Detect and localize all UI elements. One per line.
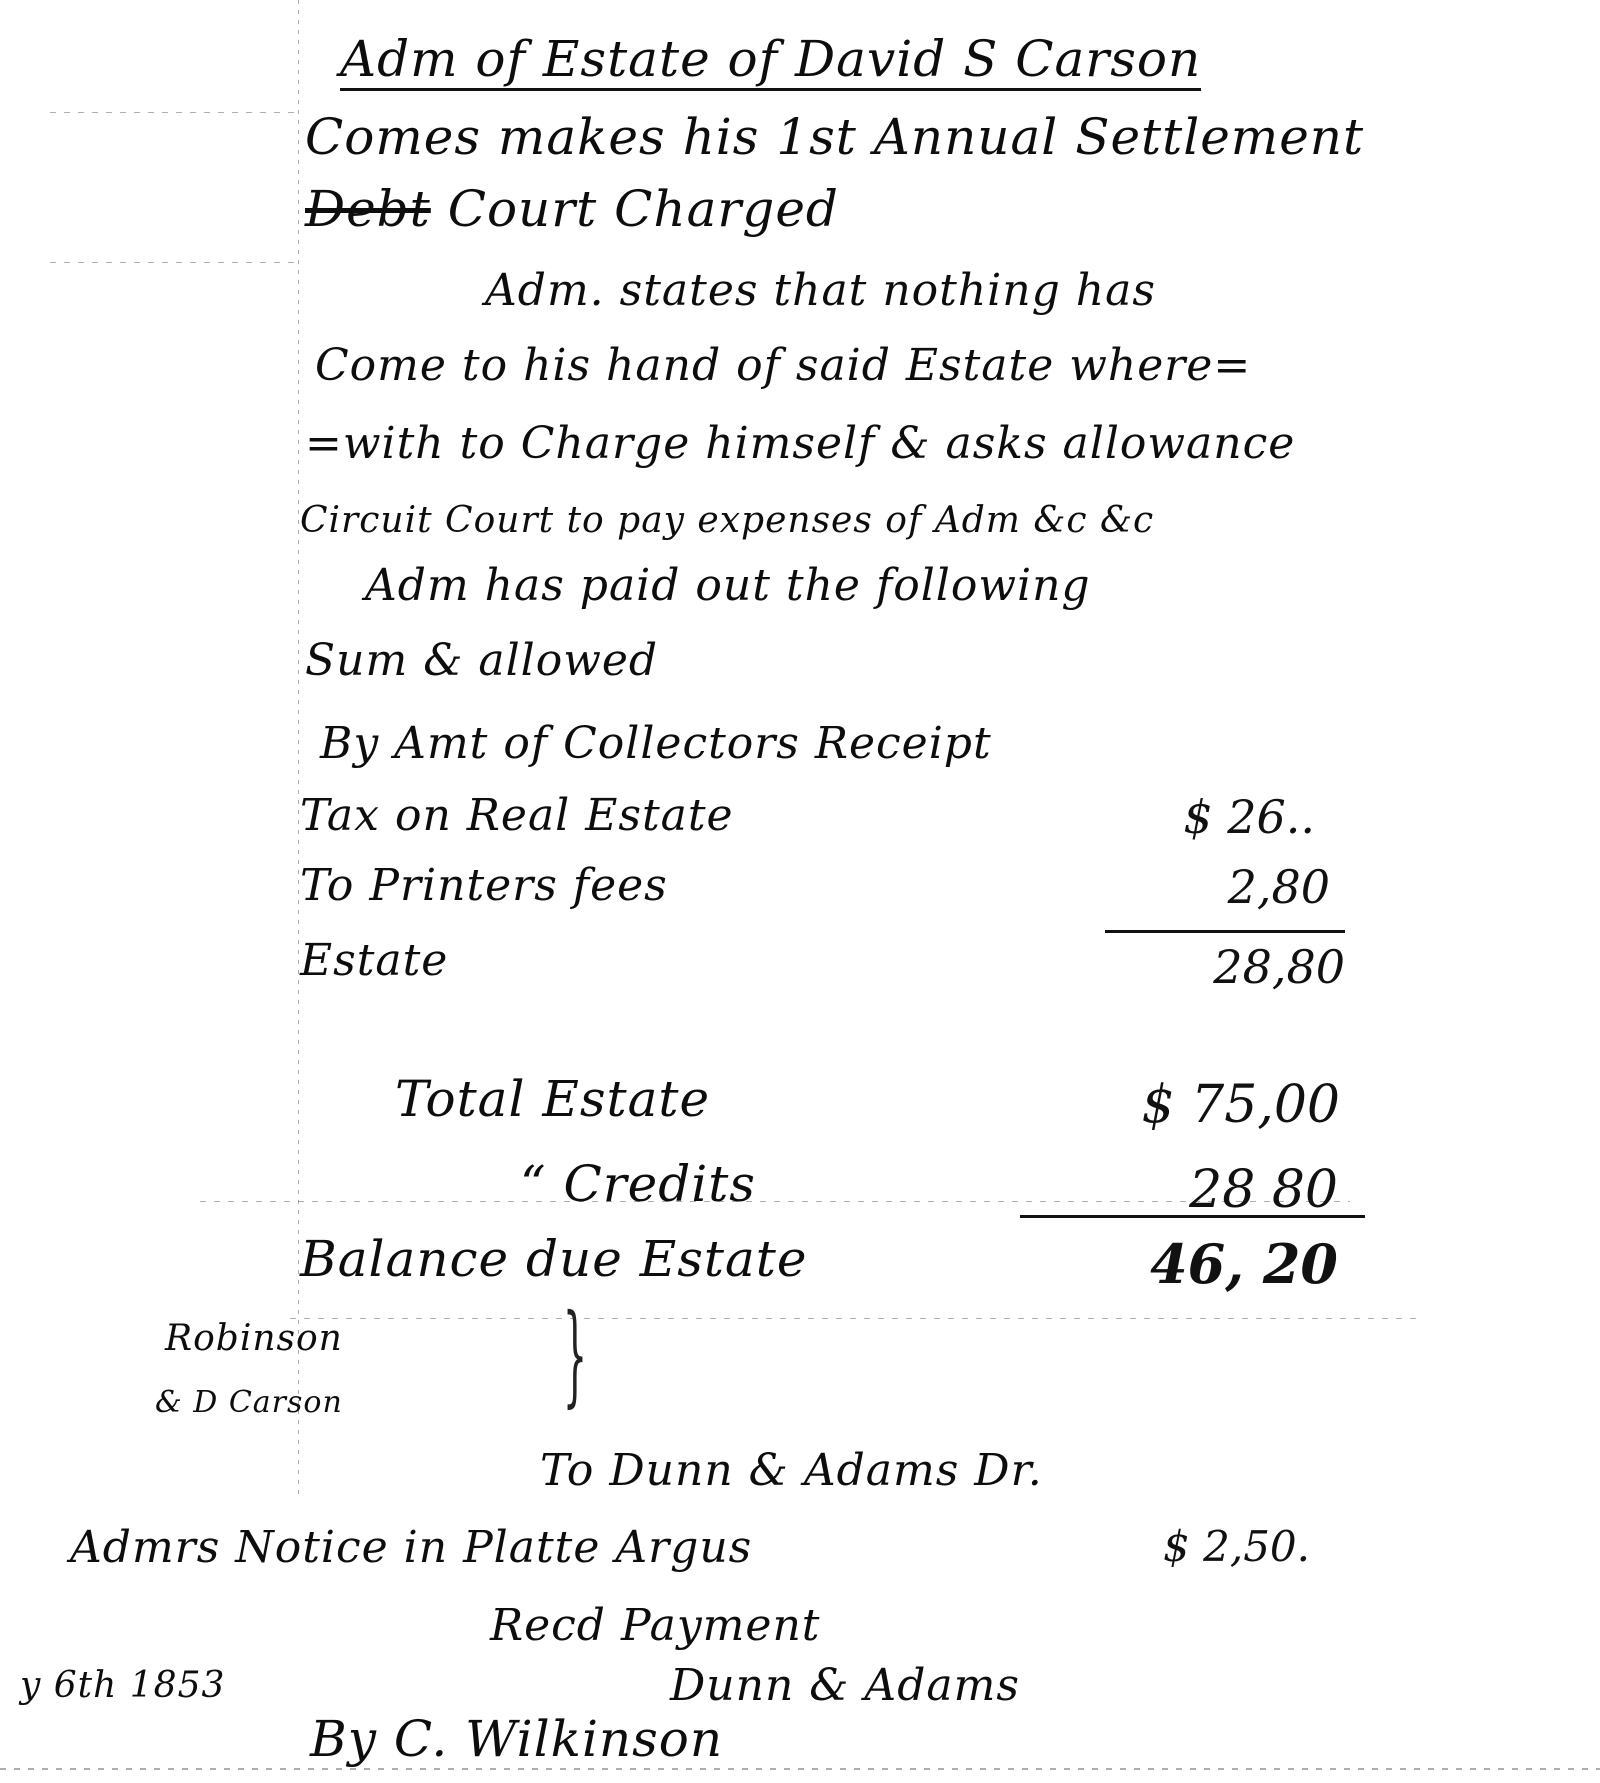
statement-line-4: Circuit Court to pay expenses of Adm &c …: [300, 500, 1154, 541]
receipt-date: y 6th 1853: [20, 1665, 225, 1706]
summary-label-total: Total Estate: [395, 1070, 710, 1128]
statement-line-5: Adm has paid out the following: [365, 560, 1091, 611]
credits-subtotal-amount: 28,80: [1213, 940, 1345, 994]
statement-line-6: Sum & allowed: [305, 635, 658, 686]
credit-item-amount: $ 26..: [1183, 790, 1315, 844]
left-margin-line: [298, 0, 299, 1500]
summary-amount-balance: 46, 20: [1150, 1232, 1338, 1296]
credits-subtotal-label: Estate: [300, 935, 448, 986]
receipt-item-amount: $ 2,50.: [1163, 1522, 1310, 1571]
scan-artifact-line: [290, 1318, 1420, 1319]
heading-line-3: Debt Court Charged: [305, 180, 839, 238]
brace-mark: }: [563, 1290, 588, 1418]
subtotal-rule: [1105, 930, 1345, 933]
scan-artifact-line: [50, 112, 300, 113]
receipt-caption-line-1: Robinson: [165, 1318, 343, 1359]
statement-line-2: Come to his hand of said Estate where=: [315, 340, 1251, 391]
scan-artifact-line: [200, 1201, 1350, 1202]
receipt-received: Recd Payment: [490, 1600, 820, 1651]
scan-artifact-line: [0, 1768, 1600, 1770]
heading-line-2: Comes makes his 1st Annual Settlement: [305, 108, 1364, 166]
heading-line-3-text: Court Charged: [448, 180, 839, 238]
scan-artifact-line: [50, 262, 300, 263]
heading-line-1: Adm of Estate of David S Carson: [340, 30, 1201, 88]
receipt-signature: By C. Wilkinson: [310, 1710, 723, 1768]
credit-item-label: To Printers fees: [300, 860, 668, 911]
heading-line-3-struck: Debt: [305, 180, 431, 238]
scanned-document-page: Adm of Estate of David S Carson Comes ma…: [0, 0, 1600, 1783]
statement-line-3: =with to Charge himself & asks allowance: [305, 418, 1295, 469]
receipt-item: Admrs Notice in Platte Argus: [70, 1522, 752, 1573]
credit-item-amount: 2,80: [1228, 860, 1330, 914]
summary-label-balance: Balance due Estate: [300, 1230, 807, 1288]
receipt-payee: Dunn & Adams: [670, 1660, 1020, 1711]
receipt-caption-line-2: & D Carson: [155, 1385, 343, 1420]
summary-amount-total: $ 75,00: [1142, 1075, 1340, 1135]
statement-line-1: Adm. states that nothing has: [485, 265, 1156, 316]
credits-intro: By Amt of Collectors Receipt: [320, 718, 992, 769]
summary-label-credits: “ Credits: [520, 1155, 756, 1213]
credit-item-label: Tax on Real Estate: [300, 790, 734, 841]
summary-amount-credits: 28 80: [1189, 1160, 1338, 1220]
summary-rule: [1020, 1215, 1365, 1218]
heading-line-1-text: Adm of Estate of David S Carson: [340, 30, 1201, 91]
receipt-to-line: To Dunn & Adams Dr.: [540, 1445, 1043, 1496]
